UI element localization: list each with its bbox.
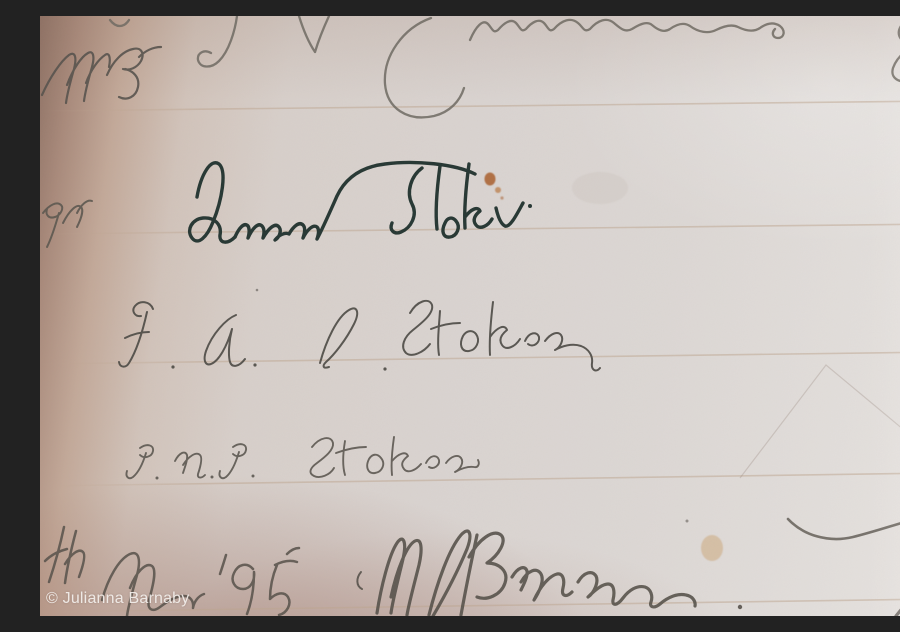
handwriting-layer: J. V. Conwil (pencil, cut off at top edg… bbox=[40, 16, 900, 616]
film-grain-overlay bbox=[40, 16, 900, 616]
signatures-photograph: J. V. Conwil (pencil, cut off at top edg… bbox=[40, 16, 900, 616]
watermark-credit: © Julianna Barnaby bbox=[46, 590, 189, 608]
